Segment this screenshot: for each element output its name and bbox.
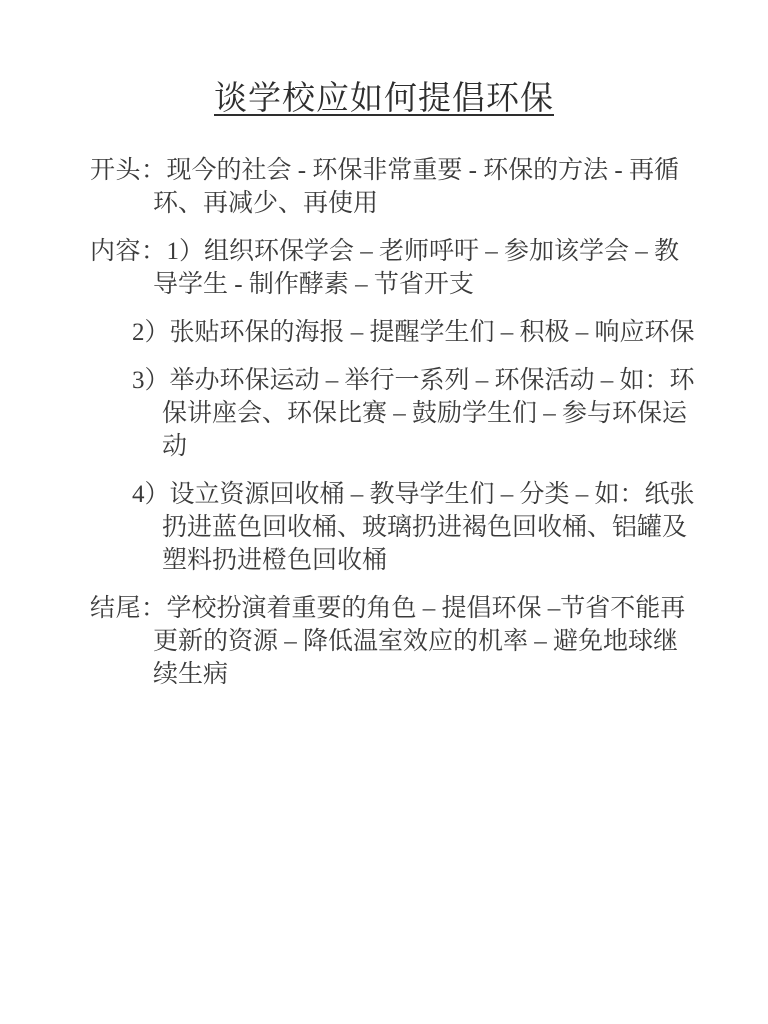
- outline-paragraph: 3）举办环保运动 – 举行一系列 – 环保活动 – 如：环保讲座会、环保比赛 –…: [132, 364, 752, 463]
- outline-line: 4）设立资源回收桶 – 教导学生们 – 分类 – 如：纸张: [132, 478, 752, 511]
- line-text: 现今的社会 - 环保非常重要 - 环保的方法 - 再循: [167, 157, 679, 184]
- outline-line: 动: [132, 430, 752, 463]
- outline-line: 续生病: [90, 658, 752, 691]
- section-label: 内容：: [90, 238, 167, 265]
- outline: 开头：现今的社会 - 环保非常重要 - 环保的方法 - 再循环、再减少、再使用内…: [90, 154, 752, 691]
- outline-line: 内容：1）组织环保学会 – 老师呼吁 – 参加该学会 – 教: [90, 235, 752, 268]
- outline-line: 环、再减少、再使用: [90, 187, 752, 220]
- outline-line: 扔进蓝色回收桶、玻璃扔进褐色回收桶、铝罐及: [132, 511, 752, 544]
- section-label: 结尾：: [90, 595, 167, 622]
- outline-paragraph: 2）张贴环保的海报 – 提醒学生们 – 积极 – 响应环保: [132, 316, 752, 349]
- outline-paragraph: 4）设立资源回收桶 – 教导学生们 – 分类 – 如：纸张扔进蓝色回收桶、玻璃扔…: [132, 478, 752, 577]
- outline-line: 更新的资源 – 降低温室效应的机率 – 避免地球继: [90, 625, 752, 658]
- outline-paragraph: 结尾：学校扮演着重要的角色 – 提倡环保 –节省不能再更新的资源 – 降低温室效…: [90, 592, 752, 691]
- outline-line: 结尾：学校扮演着重要的角色 – 提倡环保 –节省不能再: [90, 592, 752, 625]
- outline-paragraph: 内容：1）组织环保学会 – 老师呼吁 – 参加该学会 – 教导学生 - 制作酵素…: [90, 235, 752, 301]
- outline-line: 塑料扔进橙色回收桶: [132, 544, 752, 577]
- outline-line: 开头：现今的社会 - 环保非常重要 - 环保的方法 - 再循: [90, 154, 752, 187]
- line-text: 学校扮演着重要的角色 – 提倡环保 –节省不能再: [167, 595, 686, 622]
- page-title: 谈学校应如何提倡环保: [0, 76, 768, 122]
- outline-line: 3）举办环保运动 – 举行一系列 – 环保活动 – 如：环: [132, 364, 752, 397]
- document-page: 谈学校应如何提倡环保 开头：现今的社会 - 环保非常重要 - 环保的方法 - 再…: [0, 0, 768, 1024]
- outline-line: 保讲座会、环保比赛 – 鼓励学生们 – 参与环保运: [132, 397, 752, 430]
- outline-line: 2）张贴环保的海报 – 提醒学生们 – 积极 – 响应环保: [132, 316, 752, 349]
- outline-paragraph: 开头：现今的社会 - 环保非常重要 - 环保的方法 - 再循环、再减少、再使用: [90, 154, 752, 220]
- outline-line: 导学生 - 制作酵素 – 节省开支: [90, 268, 752, 301]
- line-text: 1）组织环保学会 – 老师呼吁 – 参加该学会 – 教: [167, 238, 680, 265]
- section-label: 开头：: [90, 157, 167, 184]
